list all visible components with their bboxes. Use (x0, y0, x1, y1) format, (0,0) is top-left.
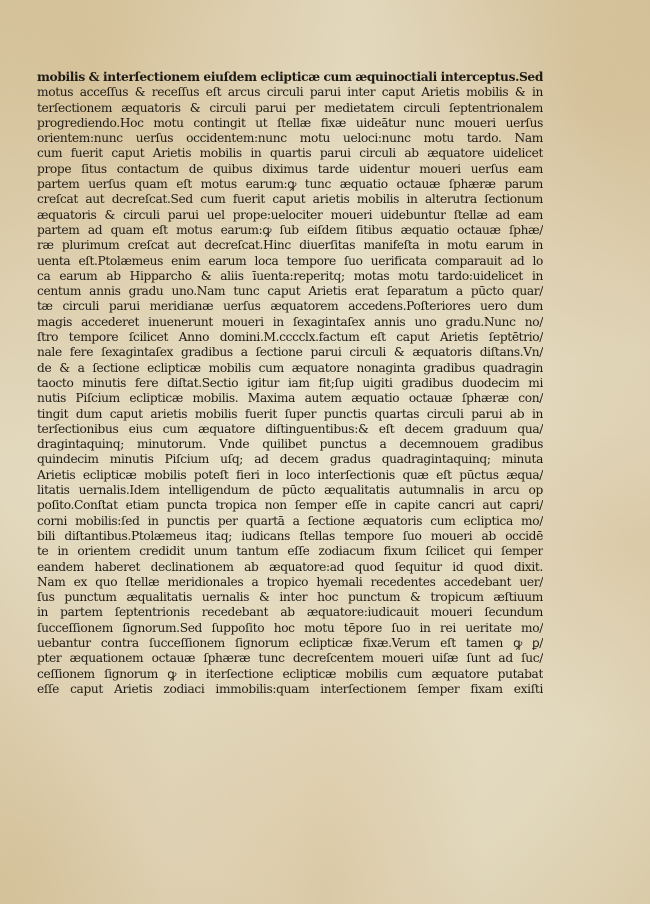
text-line: progrediendo.Hoc motu contingit ut ſtell… (37, 116, 543, 131)
text-line: ceſſionem ſignorum ꝙ in iterſectione ecl… (37, 667, 543, 682)
text-line: ræ plurimum creſcat aut decreſcat.Hinc d… (37, 238, 543, 253)
text-line: ſus punctum æqualitatis uernalis & inter… (37, 590, 543, 605)
text-line: tingit dum caput arietis mobilis fuerit … (37, 407, 543, 422)
text-line: eandem haberet declinationem ab æquatore… (37, 560, 543, 575)
text-line: ca earum ab Hipparcho & aliis īuenta:rep… (37, 269, 543, 284)
text-line: poſito.Conſtat etiam puncta tropica non … (37, 498, 543, 513)
text-line: magis accederet inuenerunt moueri in ſex… (37, 315, 543, 330)
text-line: mobilis & interſectionem eiuſdem eclipti… (37, 70, 543, 85)
text-line: eſſe caput Arietis zodiaci immobilis:qua… (37, 682, 543, 697)
text-line: ſucceſſionem ſignorum.Sed ſuppoſito hoc … (37, 621, 543, 636)
text-line: litatis uernalis.Idem intelligendum de p… (37, 483, 543, 498)
text-line: quindecim minutis Piſcium uſq; ad decem … (37, 452, 543, 467)
text-line: prope ſitus contactum de quibus diximus … (37, 162, 543, 177)
text-block: mobilis & interſectionem eiuſdem eclipti… (37, 70, 543, 697)
text-line: terſectionem æquatoris & circuli parui p… (37, 101, 543, 116)
text-line: in partem ſeptentrionis recedebant ab æq… (37, 605, 543, 620)
text-line: centum annis gradu uno.Nam tunc caput Ar… (37, 284, 543, 299)
text-line: terſectionibus eius cum æquatore diſting… (37, 422, 543, 437)
text-line: partem uerſus quam eſt motus earum:ꝙ tun… (37, 177, 543, 192)
text-line: tæ circuli parui meridianæ uerſus æquato… (37, 299, 543, 314)
text-line: pter æquationem octauæ ſphæræ tunc decre… (37, 651, 543, 666)
text-line: corni mobilis:ſed in punctis per quartā … (37, 514, 543, 529)
text-line: æquatoris & circuli parui uel prope:uelo… (37, 208, 543, 223)
text-line: dragintaquinq; minutorum. Vnde quilibet … (37, 437, 543, 452)
text-line: creſcat aut decreſcat.Sed cum fuerit cap… (37, 192, 543, 207)
text-line: bili diſtantibus.Ptolæmeus itaq; iudican… (37, 529, 543, 544)
text-line: taocto minutis fere diſtat.Sectio igitur… (37, 376, 543, 391)
text-line: motus acceſſus & receſſus eſt arcus circ… (37, 85, 543, 100)
text-line: cum fuerit caput Arietis mobilis in quar… (37, 146, 543, 161)
text-line: de & a ſectione eclipticæ mobilis cum æq… (37, 361, 543, 376)
text-line: ſtro tempore ſcilicet Anno domini.M.cccc… (37, 330, 543, 345)
text-line: partem ad quam eſt motus earum:ꝙ ſub eiſ… (37, 223, 543, 238)
text-line: nutis Piſcium eclipticæ mobilis. Maxima … (37, 391, 543, 406)
text-line: orientem:nunc uerſus occidentem:nunc mot… (37, 131, 543, 146)
text-line: uebantur contra ſucceſſionem ſignorum ec… (37, 636, 543, 651)
parchment-page: mobilis & interſectionem eiuſdem eclipti… (0, 0, 650, 904)
text-line: Nam ex quo ſtellæ meridionales a tropico… (37, 575, 543, 590)
text-line: uenta eſt.Ptolæmeus enim earum loca temp… (37, 254, 543, 269)
text-line: nale fere ſexagintaſex gradibus a ſectio… (37, 345, 543, 360)
text-line: te in orientem credidit unum tantum eſſe… (37, 544, 543, 559)
text-line: Arietis eclipticæ mobilis poteſt fieri i… (37, 468, 543, 483)
